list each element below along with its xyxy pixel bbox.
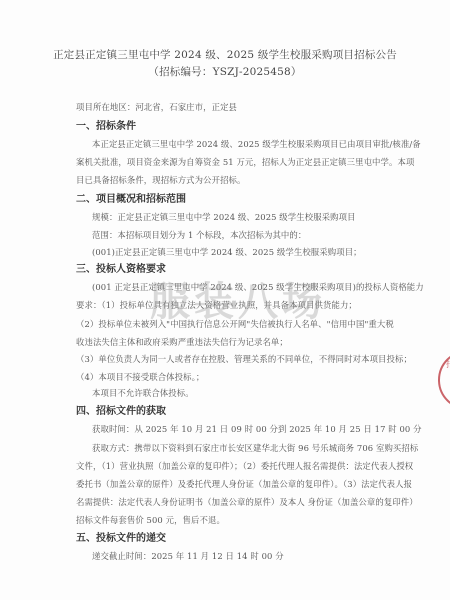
section-line: 案机关批准，项目资金来源为自筹资金 51 万元，招标人为正定县正定镇三里屯中学。… xyxy=(76,156,414,168)
section-line: （3）单位负责人为同一人或者存在控股、管理关系的不同单位，不得同时对本项目投标； xyxy=(76,353,412,365)
section-line: （4）本项目不接受联合体投标。； xyxy=(76,371,204,383)
section-heading-project-overview: 二、项目概况和招标范围 xyxy=(76,190,186,205)
section-line: 递交截止时间：2025 年 11 月 12 日 14 时 00 分 xyxy=(92,550,284,562)
section-line: 本项目不允许联合体投标。 xyxy=(92,387,194,399)
section-line: 文件，（1）营业执照（加盖公章的复印件）；（2）委托代理人报名需提供：法定代表人… xyxy=(76,460,413,472)
section-line: 名需提供：法定代表人身份证明书（加盖公章的原件）及本人 身份证（加盖公章的复印件… xyxy=(76,496,418,508)
section-line: 委托书（加盖公章的原件）及委托代理人身份证（加盖公章的复印件）。（3）法定代表人… xyxy=(76,478,412,490)
section-heading-bidding-conditions: 一、招标条件 xyxy=(76,117,136,132)
section-line: 目已具备招标条件，现招标方式为公开招标。 xyxy=(76,174,246,186)
section-line: （2）投标单位未被列入"中国执行信息公开网"失信被执行人名单、"信用中国"重大税 xyxy=(76,318,394,330)
section-line: 规模：正定县正定镇三里屯中学 2024 级、2025 级学生校服采购项目 xyxy=(92,211,356,223)
section-line: 要求：（1）投标单位具有独立法人资格营业执照，并具备本项目供货能力； xyxy=(76,299,357,311)
section-heading-document-acquisition: 四、招标文件的获取 xyxy=(76,402,166,417)
section-line: (001 正定县正定镇三里屯中学 2024 级、2025 级学生校服采购项目)的… xyxy=(92,281,424,293)
section-heading-bidder-qualifications: 三、投标人资格要求 xyxy=(76,260,166,275)
section-line: 招标文件每套售价 500 元，售后不退。 xyxy=(76,514,225,526)
section-line: 本正定县正定镇三里屯中学 2024 级、2025 级学生校服采购项目已由项目审批… xyxy=(92,138,421,150)
document-title: 正定县正定镇三里屯中学 2024 级、2025 级学生校服采购项目招标公告 xyxy=(0,47,450,62)
project-region: 项目所在地区：河北省，石家庄市，正定县 xyxy=(76,101,237,113)
stamp-text: 招标专用章 xyxy=(446,360,450,370)
document-page: 正定县正定镇三里屯中学 2024 级、2025 级学生校服采购项目招标公告 （招… xyxy=(0,0,450,600)
section-line: 收违法失信主体和政府采购严重违法失信行为记录名单； xyxy=(76,336,288,348)
section-line: 范围：本招标项目划分为 1 个标段，本次招标为其中的： xyxy=(92,229,306,241)
section-line: 获取时间：从 2025 年 10 月 21 日 09 时 00 分到 2025 … xyxy=(92,423,422,435)
section-line: 获取方式：携带以下资料到石家庄市长安区建华北大街 96 号乐城商务 706 室购… xyxy=(92,442,418,454)
section-line: (001)正定县正定镇三里屯中学 2024 级、2025 级学生校服采购项目； xyxy=(92,246,362,258)
bid-number: （招标编号：YSZJ-2025458） xyxy=(0,64,450,79)
red-seal-stamp-icon: 招标专用章 xyxy=(438,350,450,410)
section-heading-bid-submission: 五、投标文件的递交 xyxy=(76,529,166,544)
